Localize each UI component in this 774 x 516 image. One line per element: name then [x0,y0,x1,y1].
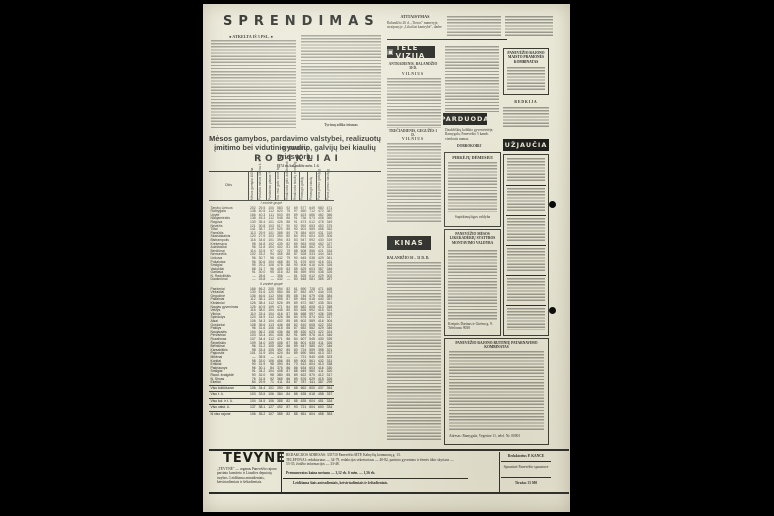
statybos-text [448,250,497,320]
table-cell: 385 [275,412,284,418]
masthead-description: „TĖVYNĖ" — organas Panevėžio rajono part… [217,467,277,484]
table-cell: 127 [267,405,276,412]
pirkeju-demesiui-box: PIRKĖJŲ DĖMESIUI Supirkimų/ūgos valdyba [444,152,501,227]
table-cell: 82 [284,412,292,418]
column-header: Prieaugis kiaulių [308,172,317,201]
column-header: Paros priesv. kiaulių g [325,172,334,201]
tv-channel-2: VILNIUS [387,137,439,141]
footer-bottom-rule [209,492,569,494]
column-header: Vid. real. galv. svoris kg [275,172,284,201]
table-cell: 600 [308,385,317,392]
table-cell: 651 [299,412,308,418]
tv-program-1 [387,78,441,128]
condolences-box [503,154,549,336]
printer: Spaustinė Panevėžio spaustuve [501,465,551,469]
sprendimas-text-column-1 [211,40,296,130]
table-cell: 492 [275,405,284,412]
editorial-address: REDAKCIJOS ADRESAS: 335710 Panevėžio MTP… [286,453,456,457]
binder-hole [549,201,556,208]
table-cell: 604 [308,405,317,412]
table-cell: 137 [249,405,258,412]
kinas-listings [387,262,441,442]
table-cell: 82 [284,398,292,405]
farm-name: Viso kol. ir t. ū. [209,398,249,405]
newspaper-page: SPRENDIMAS ● ATKELTA IŠ 3 PSL. ● Tyrimų … [203,4,570,512]
sprendimas-text-column-2 [301,35,381,122]
condolence-4 [507,248,545,272]
statistics-table-wrapper: ŪkisMėsos gamyba 100 haParduota mėsos 10… [209,172,383,418]
kombinato-title: PANEVĖŽIO RAJONO BUITINIŲ PATARNAVIMO KO… [447,341,546,350]
condolence-6 [507,308,545,330]
table-cell: 88 [292,412,300,418]
table-header-row: ŪkisMėsos gamyba 100 haParduota mėsos 10… [209,172,334,201]
maisto-kombinato-title: PANEVĖŽIO RAJONO MAISTO PRAMONĖS KOMBINA… [505,51,547,64]
column-header: Paros priesv. galvijų g [316,172,325,201]
editor-name: Redaktorius P. KANCE [501,454,551,458]
table-cell: 35.2 [257,412,267,418]
parduoda-contact: DOBROKOBIJ [457,144,497,148]
condolence-divider [506,215,546,216]
redakcija-title: REDKIJA [503,100,549,104]
table-cell: 68 [292,385,300,392]
table-cell: 34.5 [257,398,267,405]
tv-channel-1: VILNIUS [387,72,439,76]
table-cell: 334 [325,398,334,405]
statybos-title: PANEVĖŽIO MĖSOS LIKEKADĖRIŲ STATYBOS MON… [446,232,499,245]
table-cell: 88 [292,398,300,405]
table-cell: 604 [308,398,317,405]
atitaisymas-title: ATITAISYMAS [387,14,443,19]
tv-program-2 [387,143,441,223]
atitaisymas-text-end [505,16,553,36]
footer-right-rule [501,477,551,478]
column-header: Parduota mėsos 100 ha ž. ū. n. [257,172,267,201]
column-header-farm: Ūkis [209,172,249,201]
pirkeju-footer: Supirkimų/ūgos valdyba [445,215,500,219]
condolence-divider [506,275,546,276]
table-main-title: RODIKLIAI [223,154,373,164]
condolence-1 [507,158,545,182]
column-header: Realizuota galv. aukšto įmit. % [284,172,292,201]
table-cell: 635 [299,398,308,405]
table-cell: 437 [316,385,325,392]
table-cell: 106 [267,392,276,399]
condolence-2 [507,188,545,212]
maisto-kombinato-text [507,67,545,91]
table-row: Viso kol. ir t. ū.10434.5106385828863560… [209,398,334,405]
table-cell: 84 [284,392,292,399]
condolence-divider [506,305,546,306]
table-cell: 604 [308,412,317,418]
table-cell: 353 [325,412,334,418]
middle-top-rule [387,39,507,40]
footer-right-rule [501,461,551,462]
kinas-banner: KINAS [387,236,431,250]
statistics-table: ŪkisMėsos gamyba 100 haParduota mėsos 10… [209,172,334,418]
kinas-date: BALANDŽIO 30 – 31 D. D. [387,256,441,260]
table-subtitle: 1974 m. balandžio mėn. 1 d. [223,164,373,168]
table-cell: 101 [267,385,276,392]
statybos-footer: Kreiptis Dariaus ir Girėno g. 9. Telefon… [448,322,497,331]
condolence-3 [507,218,545,242]
table-cell: 390 [275,385,284,392]
column-header: Mėsos gamyba 100 ha [249,172,258,201]
table-cell: 106 [249,385,258,392]
table-cell: 451 [316,398,325,405]
table-cell: 662 [299,385,308,392]
pirkeju-title: PIRKĖJŲ DĖMESIUI [445,155,500,160]
kombinato-footer: Adresas: Ramygala, Vegerine 11, telef. N… [449,434,544,438]
atitaisymas-text: Balandžio 26 d. „Tiesos" numeryje, strai… [387,21,445,30]
uzjaucia-banner: UŽJAUČIA [503,139,549,151]
tv-program-continued [445,46,499,112]
condolence-divider [506,245,546,246]
kombinato-text [449,351,544,431]
farm-name: Iš viso rajone [209,412,249,418]
table-cell: 87 [284,405,292,412]
table-cell: 354 [325,385,334,392]
column-header: Realizuota kiaulių svoris kg [292,172,300,201]
buitinio-kombinato-box: PANEVĖŽIO RAJONO BUITINIŲ PATARNAVIMO KO… [444,338,549,445]
table-cell: 93 [292,405,300,412]
table-cell: 385 [275,398,284,405]
atitaisymas-text-continued [447,16,501,36]
table-row: Viso kolūkiuose10634.4101390806866260043… [209,385,334,392]
circulation: Tiražas 13 500 [501,481,551,485]
televizija-banner: ▣ TELE VIZIJA [387,46,435,58]
table-cell: 106 [267,398,276,405]
table-cell: 721 [299,405,308,412]
parduoda-text: Daukšiškių kolūkio gyvenvietėje, Ramygal… [445,128,499,141]
table-cell: 106 [249,412,258,418]
table-cell: 103 [249,392,258,399]
page-heading: SPRENDIMAS [223,14,373,29]
table-cell: 618 [308,392,317,399]
farm-name: Viso valst. ū. [209,405,249,412]
footer-divider-1 [281,452,282,492]
parduoda-banner: PARDUODA [443,113,487,125]
farm-name: Viso kolūkiuose [209,385,249,392]
subscription-price: Prenumeratos kaina metams — 3,12 rb. 6 m… [286,471,456,475]
table-cell: 88 [292,392,300,399]
table-cell: 33.5 [257,392,267,399]
column-header: Prieaugis galvijų [299,172,308,201]
section-intro: ● ATKELTA IŠ 3 PSL. ● [211,34,291,39]
table-cell: 635 [299,392,308,399]
footer-divider-2 [499,452,500,492]
table-cell: 107 [267,412,276,418]
footer-inner-rule [283,478,468,479]
tv-icon: ▣ [387,48,395,56]
table-cell: 384 [275,392,284,399]
table-cell: 104 [249,398,258,405]
table-cell: 458 [316,392,325,399]
issue-days: Leidžiama šiais antradieniais, ketvirtad… [293,481,463,485]
table-cell: 38.1 [257,405,267,412]
table-row: Viso valst. ū.13738.11274928793721604600… [209,405,334,412]
table-cell: 80 [284,385,292,392]
televizija-label: TELE VIZIJA [396,44,435,60]
table-row: Viso t. ū.10333.51063848488635618458337 [209,392,334,399]
column-header: Pardavimo planas % [267,172,276,201]
condolence-5 [507,278,545,302]
editorial-phones: TELEFONAI: redaktoriaus — 34-79, redakci… [286,458,456,467]
masthead-logo: TĖVYNĖ [223,451,286,466]
sprendimas-footer: Tyrimų atliko teismas [301,123,381,127]
table-cell: 458 [316,412,325,418]
table-cell: 337 [325,392,334,399]
redakcija-text [503,107,549,127]
farm-name: Viso t. ū. [209,392,249,399]
table-cell: 34.4 [257,385,267,392]
binder-hole [549,307,556,314]
tv-day-1: ANTRADIENIS, BALANDŽIO 30 D. [387,62,439,71]
maisto-kombinato-box: PANEVĖŽIO RAJONO MAISTO PRAMONĖS KOMBINA… [503,48,549,95]
condolence-divider [506,185,546,186]
table-cell: 600 [316,405,325,412]
pirkeju-text [448,162,497,212]
statybos-valdyba-box: PANEVĖŽIO MĖSOS LIKEKADĖRIŲ STATYBOS MON… [444,229,501,336]
table-row: Iš viso rajone10635.21073858288651604458… [209,412,334,418]
table-cell: 334 [325,405,334,412]
